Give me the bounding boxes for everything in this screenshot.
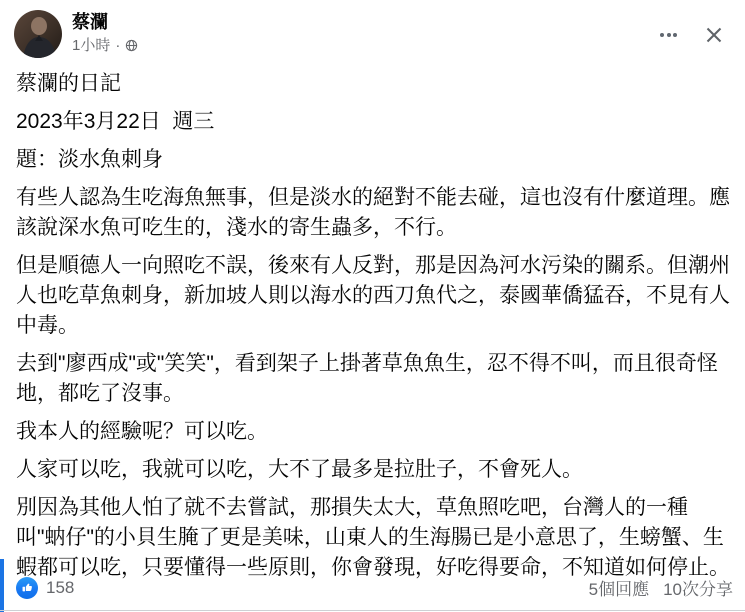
- shares-count[interactable]: 10次分享: [663, 575, 733, 600]
- reaction-count[interactable]: 158: [46, 578, 74, 598]
- engagement-counts: 5個回應 10次分享: [589, 575, 733, 600]
- ellipsis-dot: [673, 33, 677, 37]
- post-paragraph: 別因為其他人怕了就不去嘗試，那損失太大，草魚照吃吧，台灣人的一種叫"蚋仔"的小貝…: [16, 493, 735, 583]
- close-button[interactable]: [701, 22, 727, 48]
- comments-count[interactable]: 5個回應: [589, 575, 649, 600]
- more-options-button[interactable]: [656, 27, 681, 43]
- post-paragraph: 題：淡水魚刺身: [16, 145, 735, 175]
- avatar[interactable]: [14, 10, 62, 58]
- reactions-summary[interactable]: 158: [16, 577, 74, 599]
- post-text: 蔡瀾的日記2023年3月22日 週三題：淡水魚刺身有些人認為生吃海魚無事，但是淡…: [0, 58, 745, 583]
- timestamp[interactable]: 1小時: [72, 36, 110, 55]
- like-icon: [16, 577, 38, 599]
- post-paragraph: 去到"廖西成"或"笑笑"，看到架子上掛著草魚魚生，忍不得不叫，而且很奇怪地，都吃…: [16, 349, 735, 409]
- facebook-post: 蔡瀾 1小時 ·: [0, 0, 745, 583]
- meta-separator: ·: [115, 36, 120, 55]
- left-edge-accent-bar: [0, 559, 4, 612]
- post-paragraph: 有些人認為生吃海魚無事，但是淡水的絕對不能去碰，這也沒有什麼道理。應該說深水魚可…: [16, 183, 735, 243]
- post-paragraph: 人家可以吃，我就可以吃，大不了最多是拉肚子，不會死人。: [16, 455, 735, 485]
- post-paragraph: 2023年3月22日 週三: [16, 107, 735, 137]
- ellipsis-dot: [667, 33, 671, 37]
- bottom-divider: [0, 610, 745, 611]
- post-footer: 158 5個回應 10次分享: [16, 575, 733, 600]
- header-actions: [656, 10, 729, 48]
- close-icon: [703, 24, 725, 46]
- post-paragraph: 但是順德人一向照吃不誤，後來有人反對，那是因為河水污染的關系。但潮州人也吃草魚刺…: [16, 251, 735, 341]
- globe-icon: [125, 39, 138, 52]
- post-header: 蔡瀾 1小時 ·: [0, 0, 745, 58]
- post-paragraph: 我本人的經驗呢？可以吃。: [16, 417, 735, 447]
- post-meta-row: 1小時 ·: [72, 36, 656, 55]
- ellipsis-dot: [660, 33, 664, 37]
- header-meta: 蔡瀾 1小時 ·: [72, 10, 656, 55]
- post-paragraph: 蔡瀾的日記: [16, 69, 735, 99]
- avatar-photo: [14, 10, 62, 58]
- author-name[interactable]: 蔡瀾: [72, 11, 656, 33]
